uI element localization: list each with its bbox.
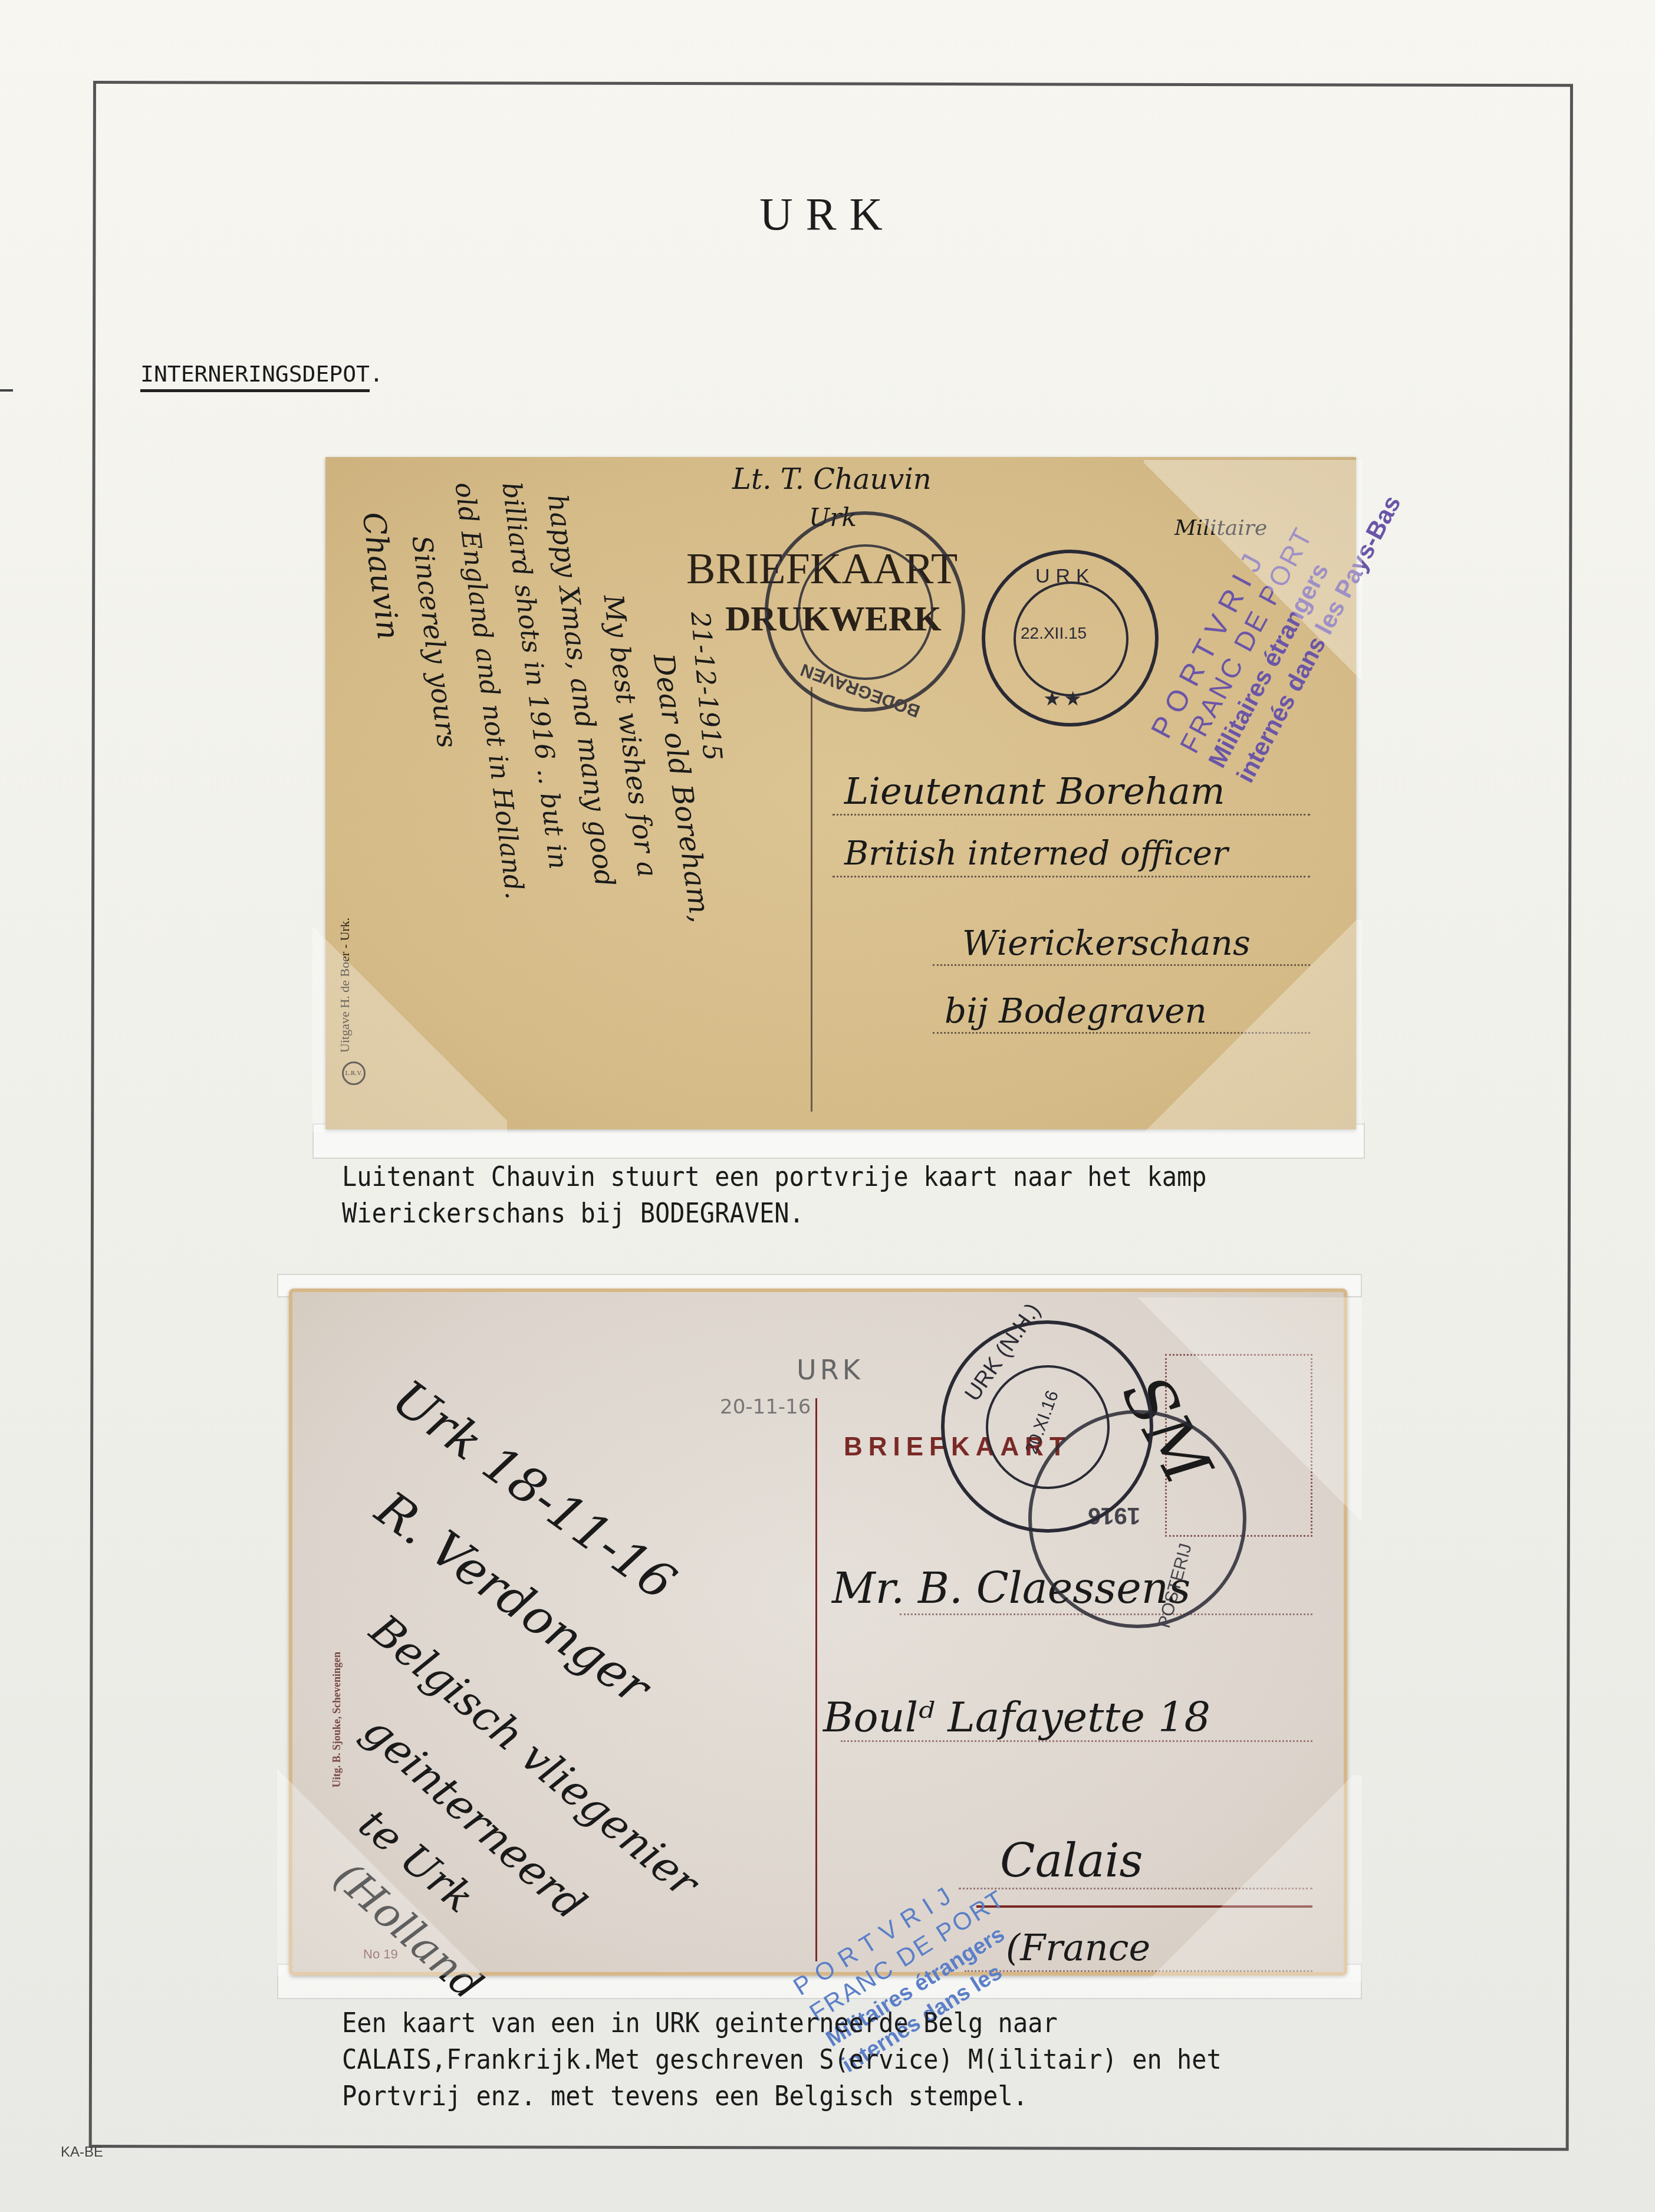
card1-address-line [833,814,1310,816]
card1-postmark-bodegraven: BODEGRAVEN [765,511,965,712]
mount-corner [312,914,507,1132]
card1-caption-line: Wierickerschans bij BODEGRAVEN. [342,1195,1207,1232]
card1-address-line-1: Lieutenant Boreham [844,770,1225,813]
card2-message-line: Urk 18-11-16 [382,1369,686,1612]
mount-corner [1138,1297,1362,1521]
card1-message-line: Sincerely yours [406,534,463,750]
card2-caption-line: CALAIS,Frankrijk.Met geschreven S(ervice… [342,2042,1222,2078]
card1-signature: Chauvin [355,510,406,642]
card1-divider-line [811,687,812,1112]
section-heading-period: . [370,361,383,387]
card2-caption: Een kaart van een in URK geinterneerde B… [342,2005,1222,2114]
card2-divider-line [815,1398,817,1961]
mount-corner [277,1769,483,1976]
section-heading-text: INTERNERINGSDEPOT [140,361,370,392]
page-title: URK [0,188,1655,241]
card2-pencil-date: 20-11-16 [720,1395,811,1419]
section-heading: INTERNERINGSDEPOT. [140,361,383,387]
card2-caption-line: Een kaart van een in URK geinterneerde B… [342,2005,1222,2042]
card2-address-line-2: Boulᵈ Lafayette 18 [823,1693,1210,1741]
card1-caption-line: Luitenant Chauvin stuurt een portvrije k… [342,1159,1207,1195]
card1-postmark-urk: URK 22.XII.15 ★ ★ [982,550,1159,727]
card2-address-line-3: Calais [1000,1835,1143,1888]
card1-sender: Lt. T. Chauvin [732,463,932,496]
card2-publisher-imprint: Uitg. B. Sjouke, Scheveningen [331,1652,343,1787]
mount-corner [1138,1775,1362,1981]
mount-corner [1138,920,1362,1132]
card2-pencil-urk: URK [797,1354,864,1386]
mount-corner [1144,460,1362,684]
card1-address-line [833,876,1310,877]
binder-edge-mark [0,389,13,392]
card1-address-line-2: British interned officer [844,834,1228,873]
card1-caption: Luitenant Chauvin stuurt een portvrije k… [342,1159,1207,1231]
album-page-code: KA-BE [61,2144,103,2161]
card2-caption-line: Portvrij enz. met tevens een Belgisch st… [342,2078,1222,2114]
